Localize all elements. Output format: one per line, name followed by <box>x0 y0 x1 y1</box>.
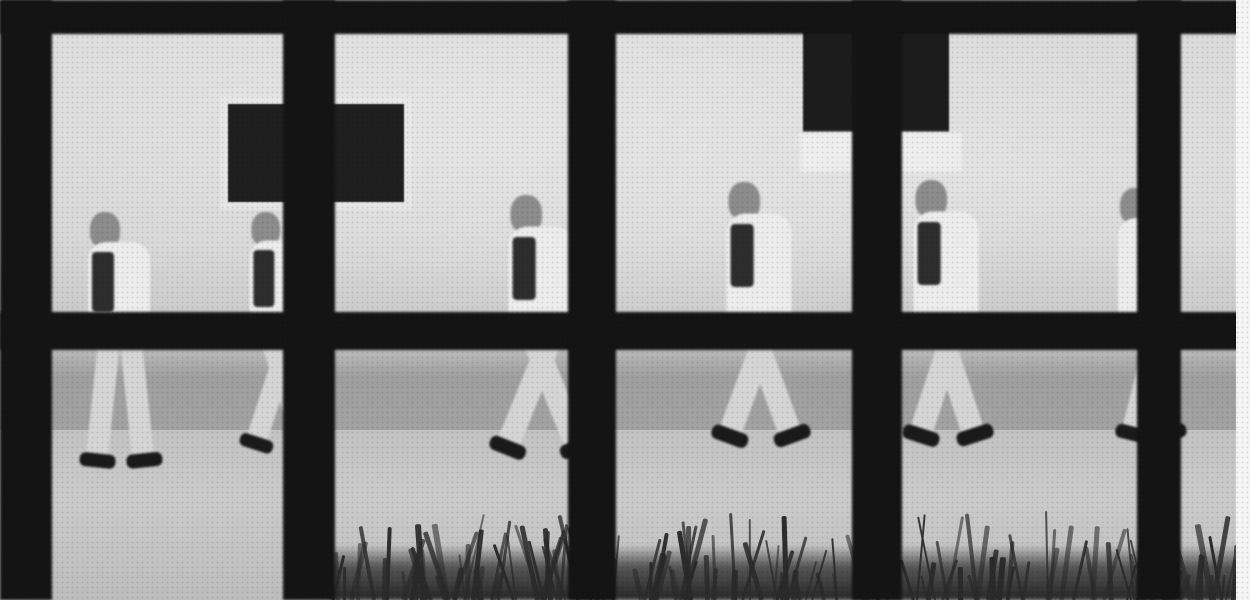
grass-blade <box>632 568 644 600</box>
wall-base-shadow <box>0 345 1250 435</box>
grass-blade <box>649 562 653 600</box>
grass-blade <box>519 525 539 600</box>
grass-blade <box>356 543 362 600</box>
vest <box>92 252 114 312</box>
grass-blade <box>1090 526 1100 600</box>
grass-blade <box>382 558 387 600</box>
grass-blade <box>465 544 470 600</box>
bar-middle-rail <box>0 312 1240 350</box>
grass-blade <box>996 557 1006 600</box>
grass-blade <box>958 567 963 600</box>
grass-blade <box>935 540 949 600</box>
bar-left-post <box>0 0 52 600</box>
grass-blade <box>1102 529 1127 600</box>
vest <box>731 224 754 287</box>
image-right-edge <box>1236 0 1250 600</box>
vest <box>513 237 536 300</box>
grass-blade <box>1194 555 1205 600</box>
photograph <box>0 0 1250 600</box>
foreground-grass <box>330 505 1250 600</box>
bar-post-2 <box>568 0 616 600</box>
bar-post-4 <box>1137 0 1181 600</box>
vest <box>253 250 274 307</box>
grass-blade <box>805 562 818 600</box>
bar-top-rail <box>0 0 1250 34</box>
grass-blade <box>1045 511 1049 600</box>
bar-post-1 <box>283 0 335 600</box>
grass-blade <box>1072 540 1088 600</box>
vest <box>918 222 941 285</box>
grass-blade <box>704 555 711 600</box>
bar-post-3 <box>852 0 902 600</box>
grass-blade <box>343 567 346 600</box>
grass-blade <box>1022 562 1031 600</box>
grass-blade <box>731 570 738 600</box>
grass-blade <box>989 557 996 600</box>
grass-blade <box>832 538 839 600</box>
grass-blade <box>1059 526 1074 600</box>
grass-blade <box>1209 574 1213 600</box>
